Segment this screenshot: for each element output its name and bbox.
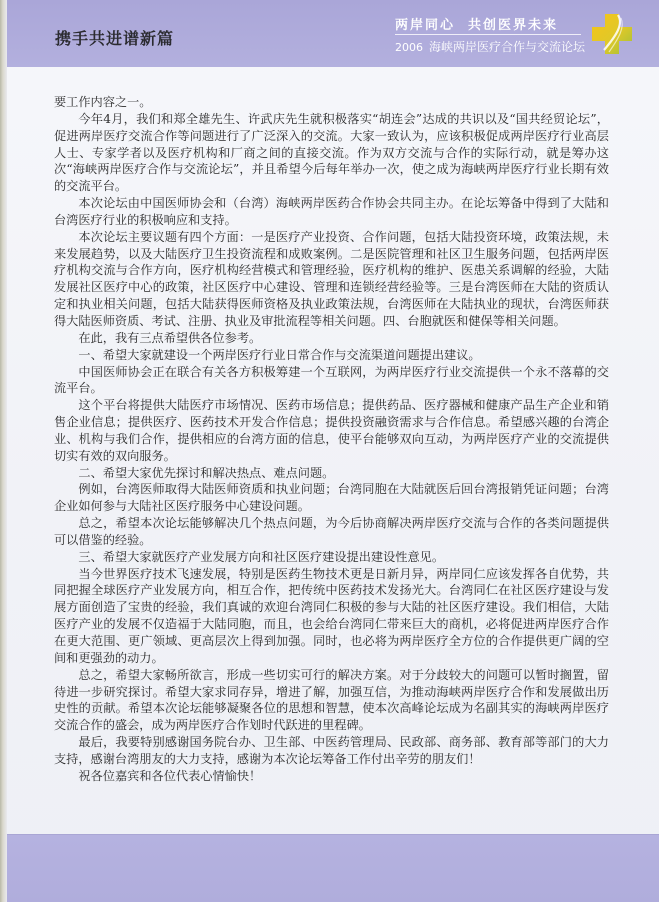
forum-slogan: 两岸同心 共创医界未来 (395, 14, 558, 33)
article-paragraph: 三、希望大家就医疗产业发展方向和社区医疗建设提出建设性意见。 (54, 549, 609, 566)
article-paragraph: 本次论坛由中国医师协会和（台湾）海峡两岸医药合作协会共同主办。在论坛筹备中得到了… (54, 195, 609, 229)
article-paragraph: 这个平台将提供大陆医疗市场情况、医药市场信息；提供药品、医疗器械和健康产品生产企… (54, 397, 609, 464)
page-footer-band (7, 834, 659, 902)
article-paragraph: 要工作内容之一。 (54, 94, 609, 111)
article-paragraph: 当今世界医疗技术飞速发展，特别是医药生物技术更是日新月异，两岸同仁应该发挥各自优… (54, 566, 609, 667)
slogan-divider (395, 34, 581, 35)
forum-title: 2006海峡两岸医疗合作与交流论坛 (395, 38, 585, 55)
magazine-page: 携手共进谱新篇 两岸同心 共创医界未来 2006海峡两岸医疗合作与交流论坛 要工… (0, 0, 659, 902)
article-paragraph: 总之，希望本次论坛能够解决几个热点问题，为今后协商解决两岸医疗交流与合作的各类问… (54, 515, 609, 549)
article-paragraph: 中国医师协会正在联合有关各方积极筹建一个互联网，为两岸医疗行业交流提供一个永不落… (54, 364, 609, 398)
article-paragraph: 今年4月，我们和郑全雄先生、许武庆先生就积极落实“胡连会”达成的共识以及“国共经… (54, 111, 609, 195)
article-paragraph: 最后，我要特别感谢国务院台办、卫生部、中医药管理局、民政部、商务部、教育部等部门… (54, 734, 609, 768)
article-paragraph: 本次论坛主要议题有四个方面：一是医疗产业投资、合作问题，包括大陆投资环境，政策法… (54, 229, 609, 330)
article-paragraph: 二、希望大家优先探讨和解决热点、难点问题。 (54, 465, 609, 482)
article-paragraph: 一、希望大家就建设一个两岸医疗行业日常合作与交流渠道问题提出建议。 (54, 347, 609, 364)
article-body: 要工作内容之一。今年4月，我们和郑全雄先生、许武庆先生就积极落实“胡连会”达成的… (54, 94, 609, 785)
section-title: 携手共进谱新篇 (55, 26, 174, 49)
article-paragraph: 在此，我有三点希望供各位参考。 (54, 330, 609, 347)
article-paragraph: 总之，希望大家畅所欲言，形成一些切实可行的解决方案。对于分歧较大的问题可以暂时搁… (54, 667, 609, 734)
medical-cross-logo-icon (590, 12, 634, 56)
forum-name: 海峡两岸医疗合作与交流论坛 (429, 40, 585, 54)
page-binding-edge (0, 0, 7, 902)
forum-year: 2006 (395, 41, 423, 54)
article-paragraph: 例如，台湾医师取得大陆医师资质和执业问题；台湾同胞在大陆就医后回台湾报销凭证问题… (54, 481, 609, 515)
article-paragraph: 祝各位嘉宾和各位代表心情愉快！ (54, 768, 609, 785)
